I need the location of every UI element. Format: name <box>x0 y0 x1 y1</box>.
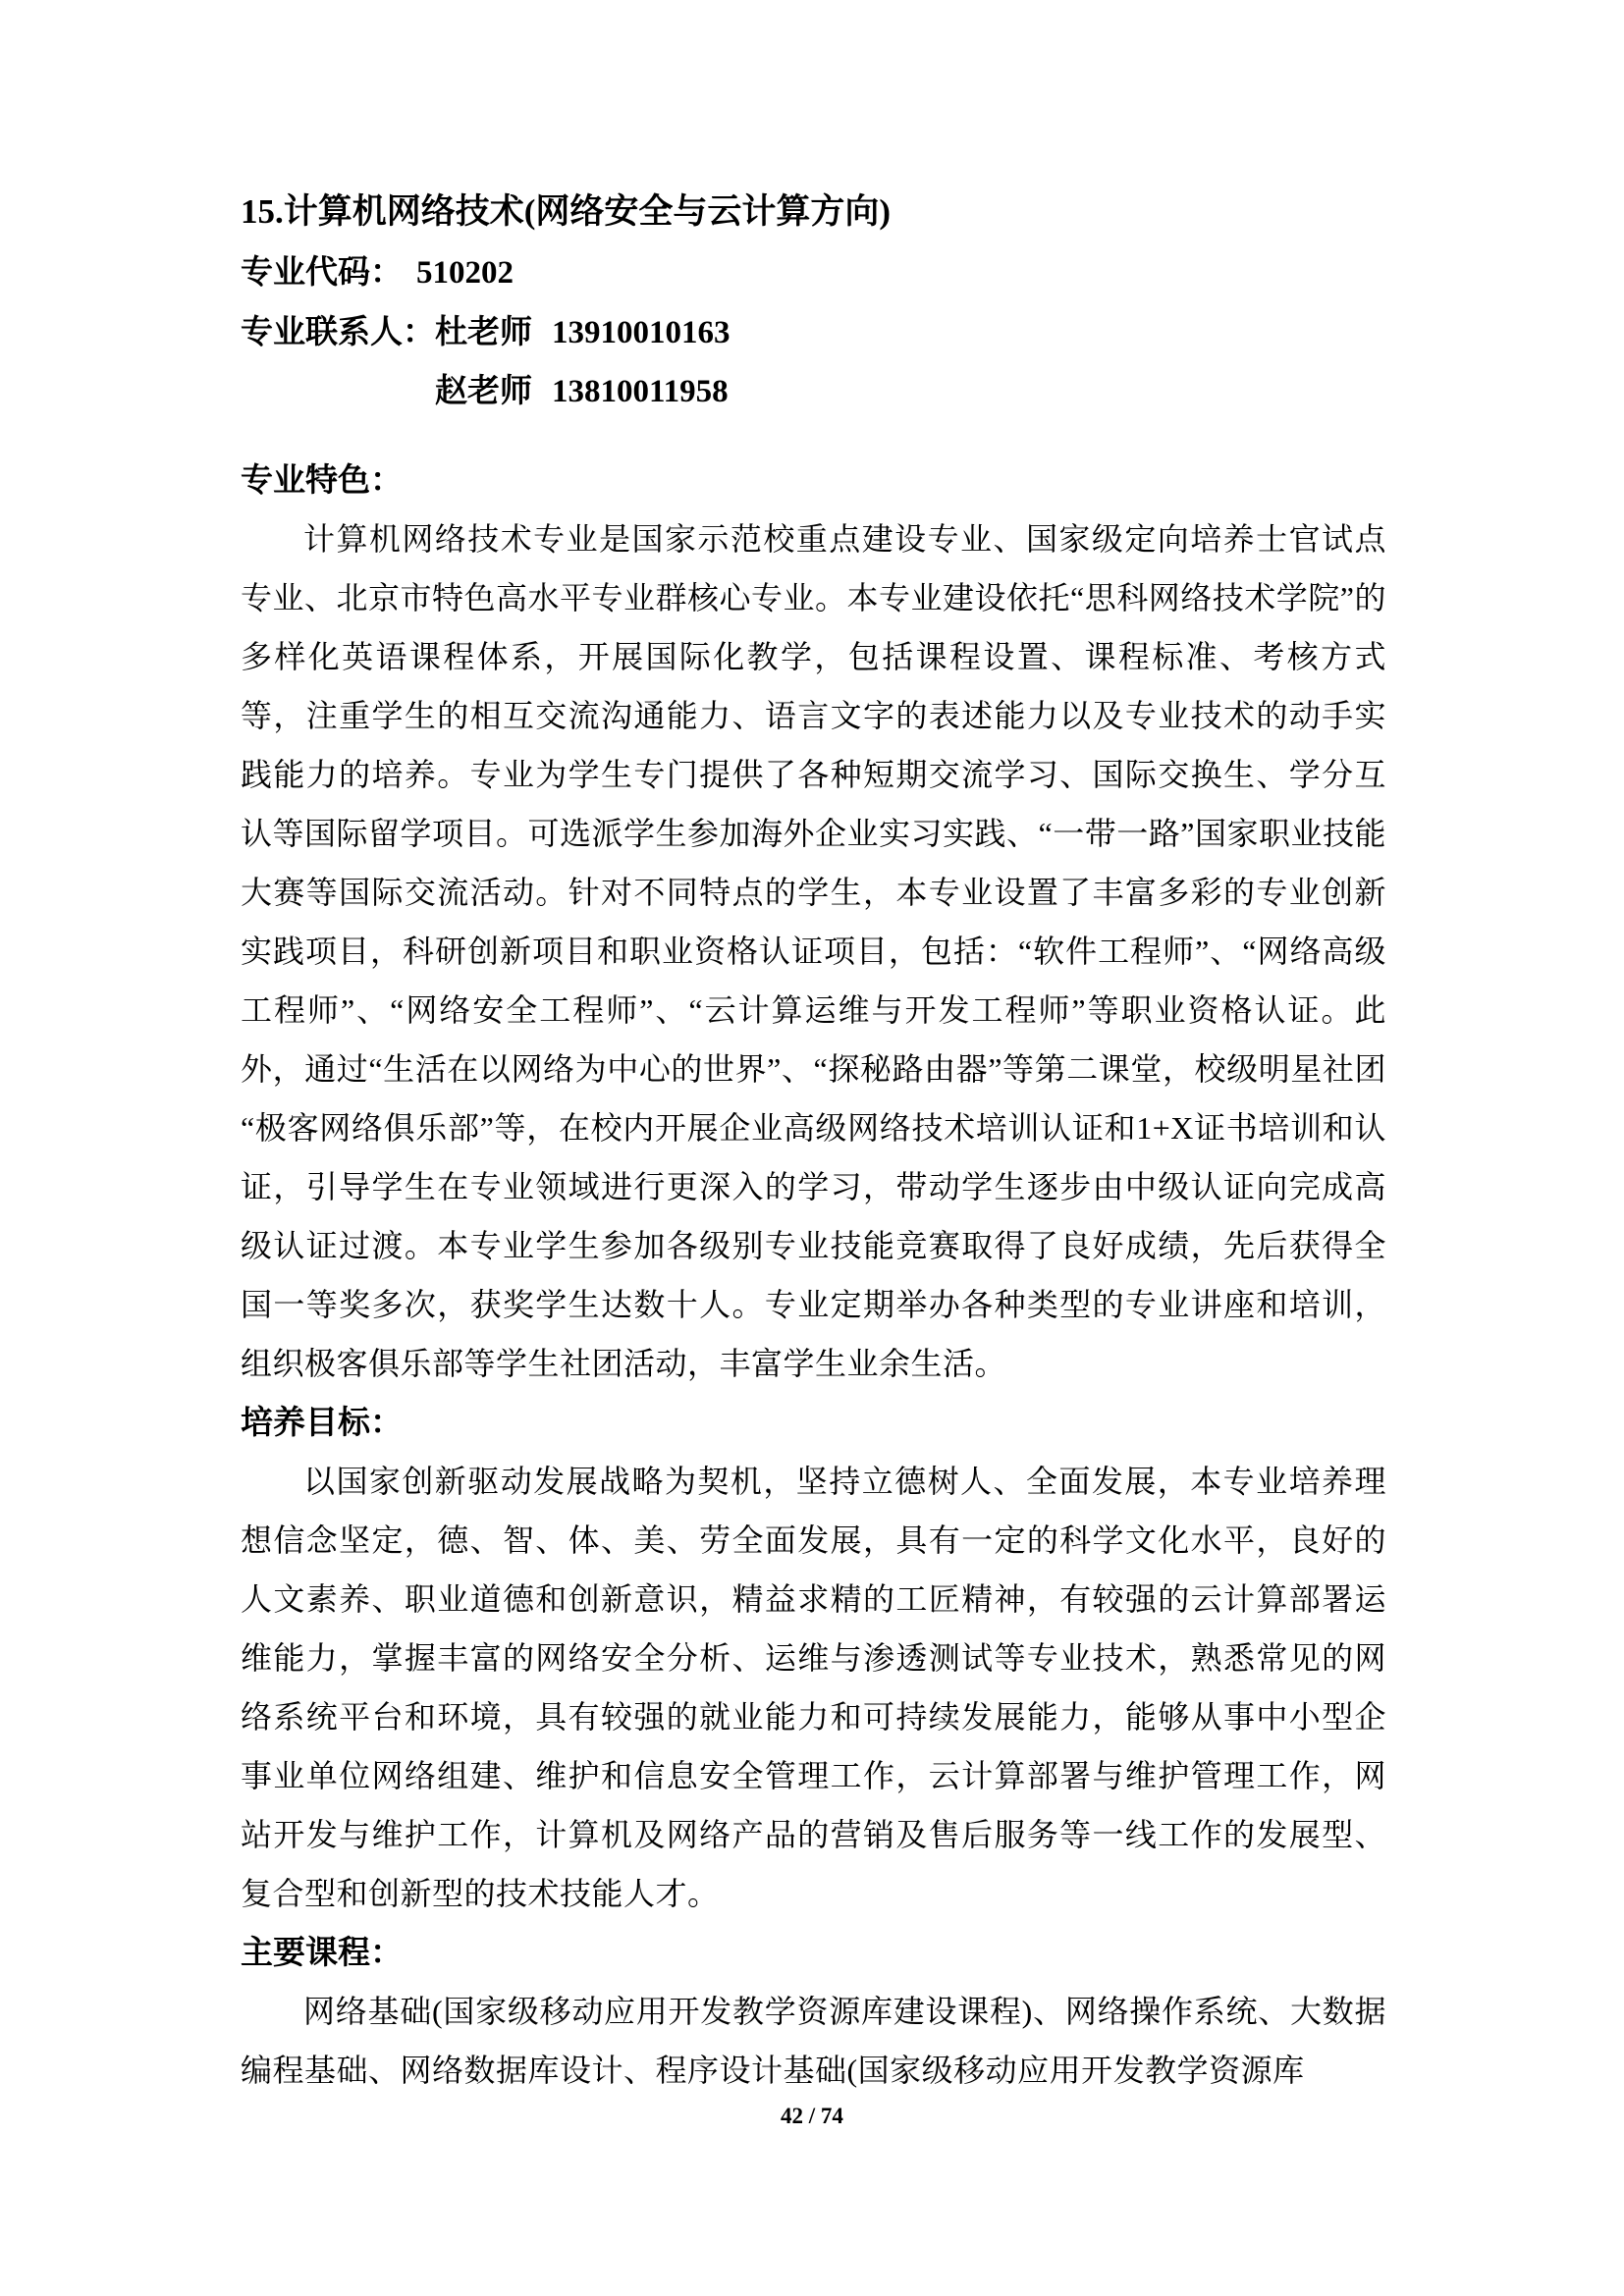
major-code-line: 专业代码：510202 <box>241 242 1386 302</box>
contact-label: 专业联系人： <box>241 302 435 361</box>
section-main-courses: 主要课程： 网络基础(国家级移动应用开发教学资源库建设课程)、网络操作系统、大数… <box>241 1923 1386 2100</box>
section-training-goals: 培养目标： 以国家创新驱动发展战略为契机，坚持立德树人、全面发展，本专业培养理想… <box>241 1393 1386 1923</box>
section-major-features: 专业特色： 计算机网络技术专业是国家示范校重点建设专业、国家级定向培养士官试点专… <box>241 451 1386 1393</box>
section-paragraph: 以国家创新驱动发展战略为契机，坚持立德树人、全面发展，本专业培养理想信念坚定，德… <box>241 1452 1386 1923</box>
page-title: 15.计算机网络技术(网络安全与云计算方向) <box>241 182 1386 242</box>
section-paragraph: 计算机网络技术专业是国家示范校重点建设专业、国家级定向培养士官试点专业、北京市特… <box>241 509 1386 1393</box>
section-heading: 主要课程： <box>241 1923 1386 1982</box>
contact-row: 赵老师13810011958 <box>241 362 1386 421</box>
section-heading: 专业特色： <box>241 451 1386 509</box>
contact-name: 赵老师 <box>435 374 532 409</box>
contact-name: 杜老师 <box>435 315 532 350</box>
section-paragraph: 网络基础(国家级移动应用开发教学资源库建设课程)、网络操作系统、大数据编程基础、… <box>241 1982 1386 2100</box>
contact-phone: 13810011958 <box>552 374 729 409</box>
section-heading: 培养目标： <box>241 1393 1386 1452</box>
contact-row: 专业联系人：杜老师13910010163 <box>241 302 1386 362</box>
contact-phone: 13910010163 <box>552 315 731 350</box>
document-page: 15.计算机网络技术(网络安全与云计算方向) 专业代码：510202 专业联系人… <box>0 0 1624 2296</box>
page-number: 42 / 74 <box>0 2104 1624 2129</box>
major-code-label: 专业代码： <box>241 242 403 301</box>
major-code-value: 510202 <box>416 255 514 291</box>
